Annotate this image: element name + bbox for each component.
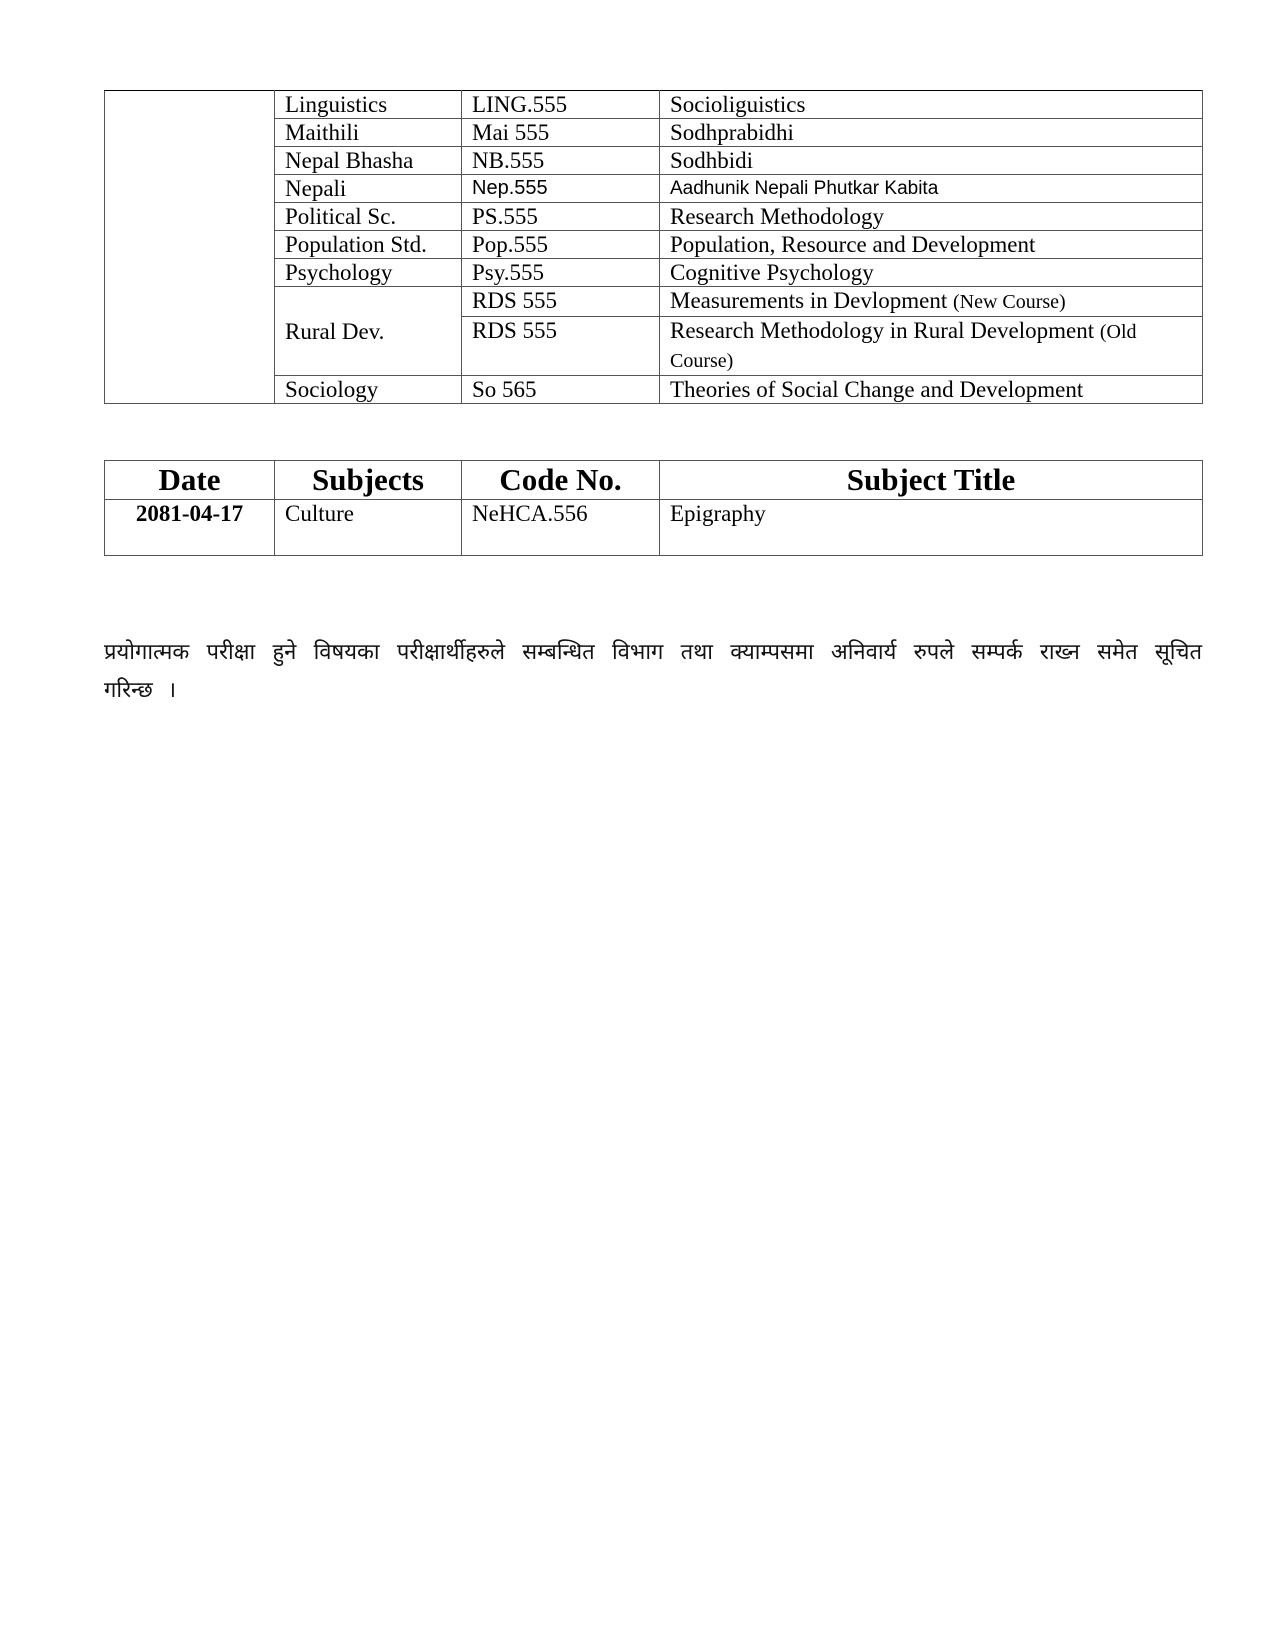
exam-schedule-table: Date Subjects Code No. Subject Title 208…: [104, 460, 1203, 556]
exam-schedule-table-continued: Linguistics LING.555 Socioliguistics Mai…: [104, 90, 1203, 404]
table-header-row: Date Subjects Code No. Subject Title: [105, 461, 1203, 500]
subject-cell: Political Sc.: [275, 203, 462, 231]
code-cell: RDS 555: [462, 317, 660, 376]
title-cell: Socioliguistics: [660, 91, 1203, 119]
header-subjects: Subjects: [275, 461, 462, 500]
code-cell: Mai 555: [462, 119, 660, 147]
title-cell: Cognitive Psychology: [660, 259, 1203, 287]
date-cell: 2081-04-17: [105, 500, 275, 556]
subject-cell: Maithili: [275, 119, 462, 147]
date-cell-empty: [105, 91, 275, 404]
subject-cell: Culture: [275, 500, 462, 556]
table-row: 2081-04-17 Culture NeHCA.556 Epigraphy: [105, 500, 1203, 556]
code-cell: Nep.555: [462, 175, 660, 203]
title-cell: Aadhunik Nepali Phutkar Kabita: [660, 175, 1203, 203]
subject-cell: Population Std.: [275, 231, 462, 259]
code-cell: LING.555: [462, 91, 660, 119]
subject-cell: Linguistics: [275, 91, 462, 119]
code-cell: NeHCA.556: [462, 500, 660, 556]
subject-cell: Nepali: [275, 175, 462, 203]
title-cell: Sodhprabidhi: [660, 119, 1203, 147]
code-cell: NB.555: [462, 147, 660, 175]
code-cell: Pop.555: [462, 231, 660, 259]
title-cell: Research Methodology in Rural Developmen…: [660, 317, 1203, 376]
code-cell: RDS 555: [462, 287, 660, 317]
subject-cell: Psychology: [275, 259, 462, 287]
header-date: Date: [105, 461, 275, 500]
code-cell: So 565: [462, 376, 660, 404]
title-cell: Theories of Social Change and Developmen…: [660, 376, 1203, 404]
practical-exam-notice: प्रयोगात्मक परीक्षा हुने विषयका परीक्षार…: [104, 634, 1202, 710]
course-note: (New Course): [953, 291, 1066, 313]
title-cell: Measurements in Devlopment (New Course): [660, 287, 1203, 317]
subject-cell: Sociology: [275, 376, 462, 404]
title-cell: Sodhbidi: [660, 147, 1203, 175]
table-row: Linguistics LING.555 Socioliguistics: [105, 91, 1203, 119]
subject-cell: Rural Dev.: [275, 287, 462, 376]
title-cell: Population, Resource and Development: [660, 231, 1203, 259]
subject-cell: Nepal Bhasha: [275, 147, 462, 175]
course-title: Measurements in Devlopment: [670, 288, 947, 313]
code-cell: Psy.555: [462, 259, 660, 287]
code-cell: PS.555: [462, 203, 660, 231]
header-title: Subject Title: [660, 461, 1203, 500]
title-cell: Epigraphy: [660, 500, 1203, 556]
title-cell: Research Methodology: [660, 203, 1203, 231]
course-title: Research Methodology in Rural Developmen…: [670, 318, 1094, 343]
header-code: Code No.: [462, 461, 660, 500]
